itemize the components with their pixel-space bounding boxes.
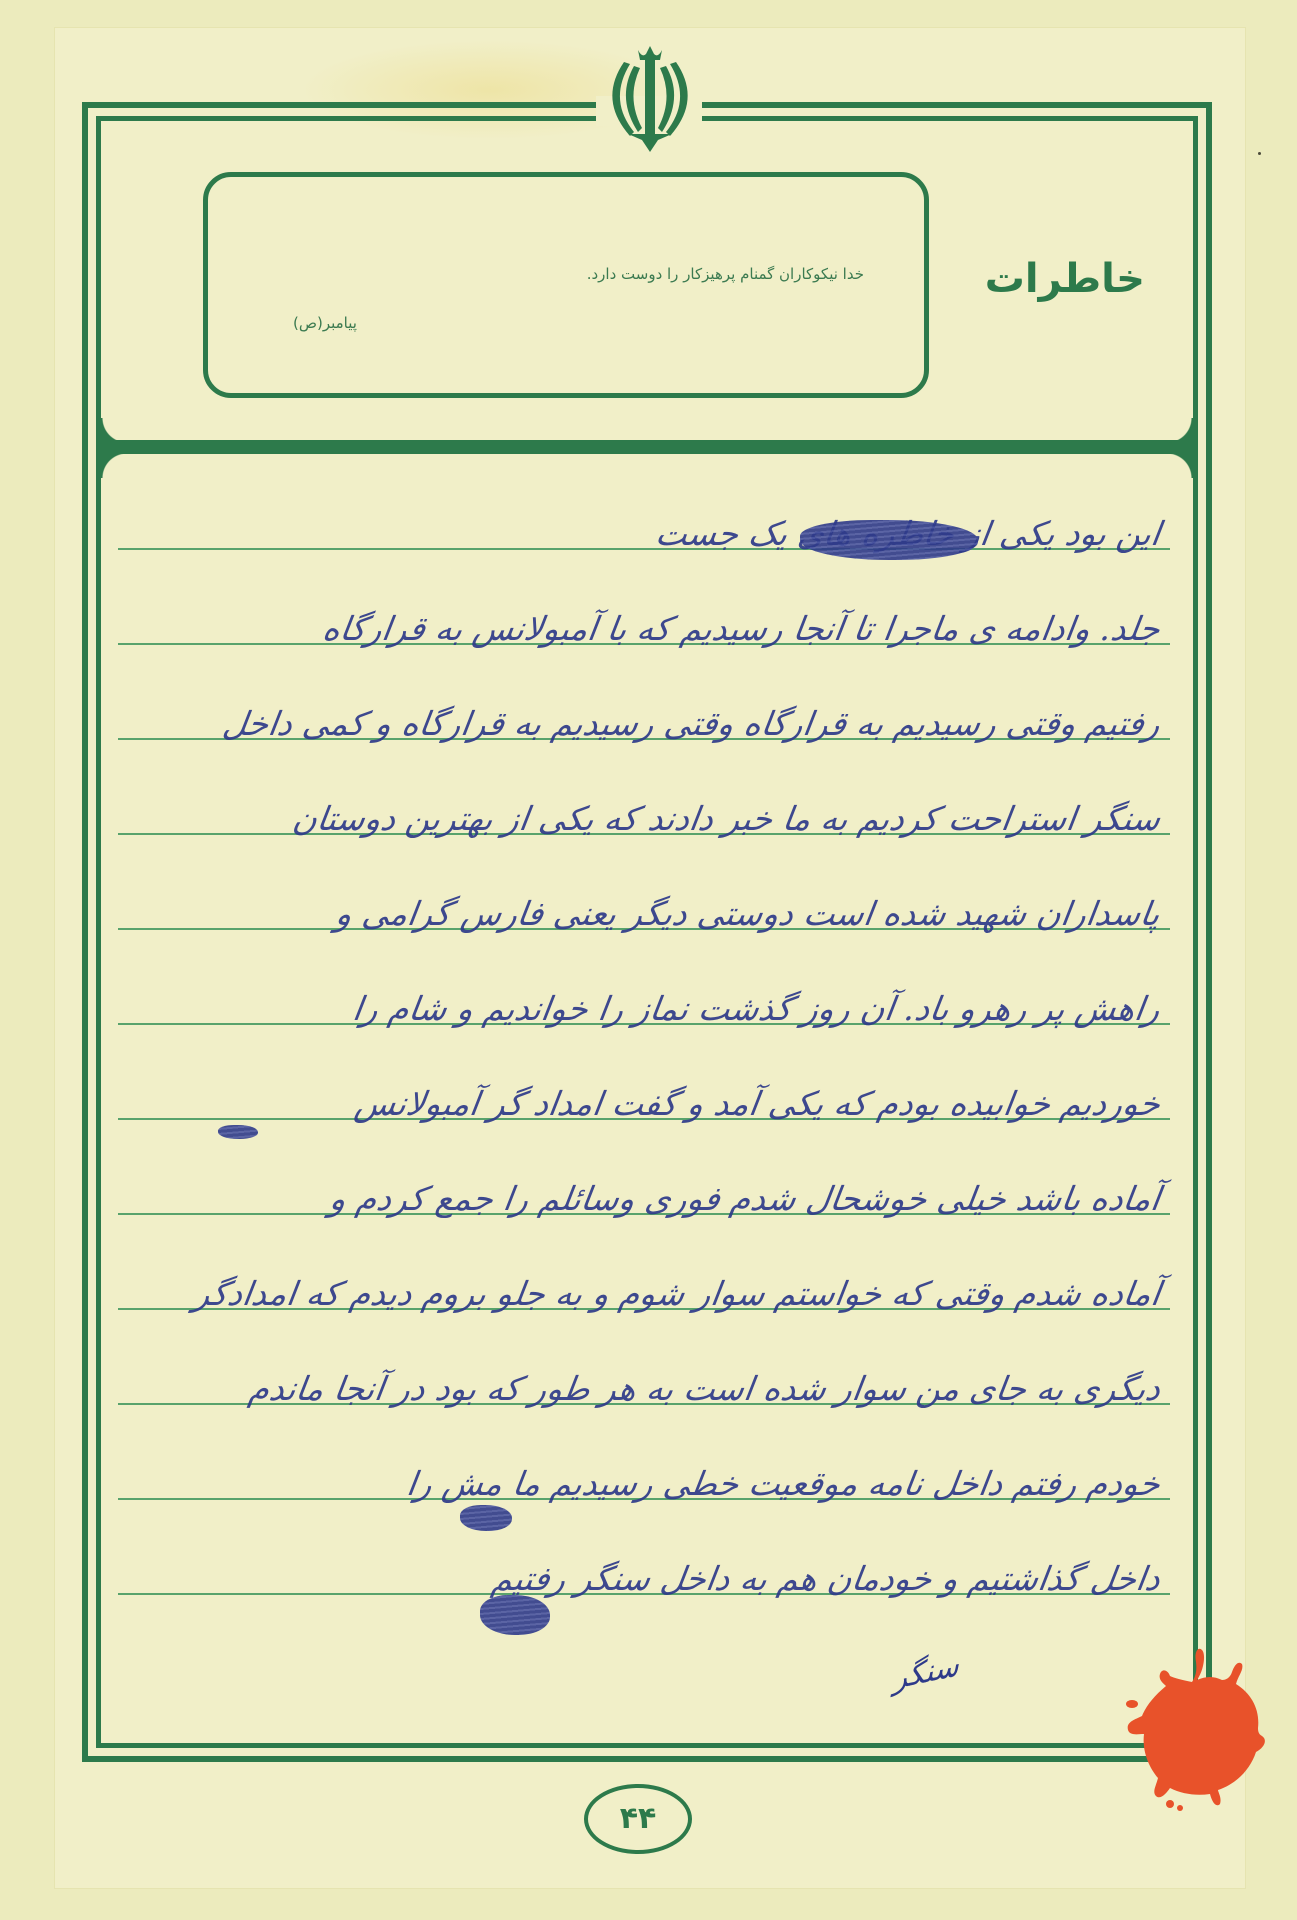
handwritten-line: جلد. وادامه ی ماجرا تا آنجا رسیدیم که با…	[321, 609, 1163, 648]
handwritten-body: این بود یکی از خاطره های یک جستجلد. وادا…	[118, 470, 1170, 1730]
ink-speck	[1258, 152, 1261, 155]
handwritten-line: پاسداران شهید شده است دوستی دیگر یعنی فا…	[334, 894, 1163, 933]
handwritten-line: آماده شدم وقتی که خواستم سوار شوم و به ج…	[191, 1274, 1163, 1313]
page-number-oval: ۴۴	[584, 1784, 692, 1854]
blood-splatter-icon	[1112, 1640, 1282, 1820]
scribble-strikeout	[460, 1505, 512, 1531]
handwritten-line: خوردیم خوابیده بودم که یکی آمد و گفت امد…	[352, 1084, 1162, 1123]
handwritten-line: دیگری به جای من سوار شده است به هر طور ک…	[246, 1369, 1163, 1408]
handwritten-line: خودم رفتم داخل نامه موقعیت خطی رسیدیم ما…	[404, 1464, 1162, 1503]
quote-box: خدا نیکوکاران گمنام پرهیزکار را دوست دار…	[203, 172, 929, 398]
section-title: خاطرات	[985, 256, 1145, 302]
scribble-strikeout	[800, 520, 978, 560]
header-divider	[101, 440, 1193, 454]
iran-emblem-icon	[598, 36, 702, 154]
quote-text: خدا نیکوکاران گمنام پرهیزکار را دوست دار…	[587, 265, 864, 283]
handwritten-line: سنگر استراحت کردیم به ما خبر دادند که یک…	[290, 799, 1163, 838]
scribble-strikeout	[480, 1595, 550, 1635]
page-number: ۴۴	[620, 1804, 657, 1834]
handwritten-line: راهش پر رهرو باد. آن روز گذشت نماز را خو…	[350, 989, 1162, 1028]
handwritten-line: آماده باشد خیلی خوشحال شدم فوری وسائلم ر…	[327, 1179, 1163, 1218]
handwritten-line: داخل گذاشتیم و خودمان هم به داخل سنگر رف…	[489, 1559, 1163, 1598]
scribble-strikeout	[218, 1125, 258, 1139]
quote-source: پیامبر(ص)	[293, 314, 357, 332]
divider-corner-right	[1167, 452, 1193, 478]
handwritten-line: رفتیم وقتی رسیدیم به قرارگاه وقتی رسیدیم…	[220, 704, 1162, 743]
